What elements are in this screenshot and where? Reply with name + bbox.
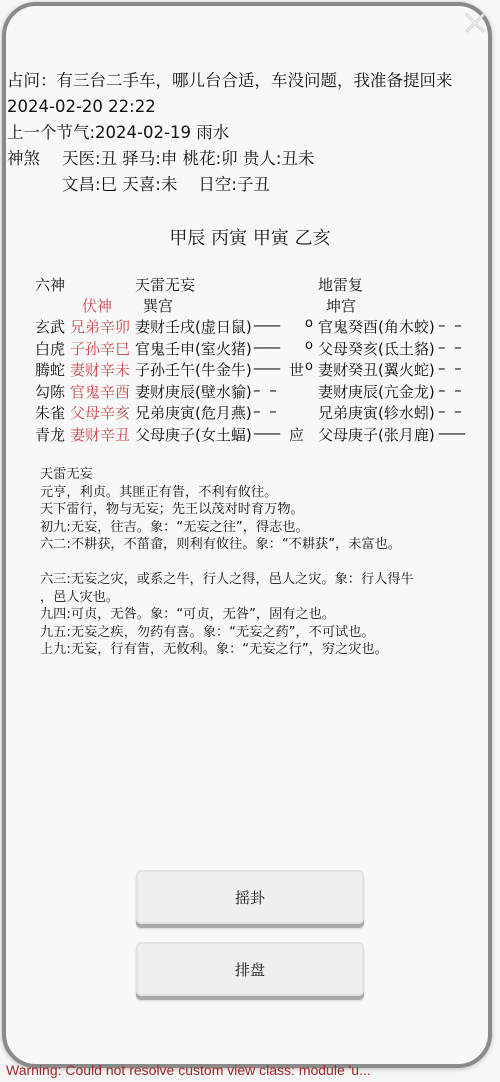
question-label: 占问： — [7, 71, 57, 90]
liushen-cell: 青龙 — [35, 424, 65, 445]
main-line-symbol: – – — [253, 402, 279, 420]
liushen-cell: 朱雀 — [35, 402, 65, 423]
main-line-cell: 妻财壬戌(虚日鼠) — [135, 316, 252, 337]
main-gua-name: 天雷无妄 — [135, 274, 195, 295]
changed-line-symbol: – – — [438, 359, 464, 377]
hexagram-text: 天雷无妄元亨，利贞。其匪正有眚，不利有攸往。天下雷行，物与无妄；先王以茂对时育万… — [40, 466, 480, 659]
main-line-symbol: —— — [253, 316, 279, 334]
text-line: 天下雷行，物与无妄；先王以茂对时育万物。 — [40, 501, 480, 519]
close-button[interactable] — [464, 12, 486, 34]
liushen-cell: 腾蛇 — [35, 359, 65, 380]
liushen-cell: 玄武 — [35, 316, 65, 337]
changed-gua-name: 地雷复 — [318, 274, 363, 295]
question-text: 有三台二手车，哪儿台合适，车没问题，我准备提回来 — [57, 71, 453, 90]
text-line: 初九:无妄，往吉。象：“无妄之往”，得志也。 — [40, 519, 480, 537]
fushen-cell: 兄弟辛卯 — [70, 316, 130, 337]
liushen-header: 六神 — [35, 274, 65, 295]
changed-line-cell: 妻财癸丑(翼火蛇) — [318, 359, 435, 380]
text-line: 上九:无妄，行有眚，无攸利。象：“无妄之行”，穷之灾也。 — [40, 641, 480, 659]
moving-marker: o — [305, 338, 313, 353]
main-palace: 巽宫 — [143, 295, 173, 316]
main-line-cell: 子孙壬午(牛金牛) — [135, 359, 252, 380]
arrange-button[interactable]: 排盘 — [136, 942, 364, 996]
ganzhi-pillars: 甲辰 丙寅 甲寅 乙亥 — [0, 224, 500, 250]
shake-button[interactable]: 摇卦 — [136, 870, 364, 924]
question-line: 占问：有三台二手车，哪儿台合适，车没问题，我准备提回来 — [7, 68, 453, 94]
warning-message: Warning: Could not resolve custom view c… — [6, 1062, 371, 1078]
moving-marker: o — [305, 316, 313, 331]
text-gap — [40, 554, 480, 572]
changed-line-cell: 兄弟庚寅(轸水蚓) — [318, 402, 435, 423]
changed-line-symbol: – – — [438, 402, 464, 420]
fushen-cell: 子孙辛巳 — [70, 338, 130, 359]
changed-line-cell: 官鬼癸酉(角木蛟) — [318, 316, 435, 337]
close-icon — [464, 12, 486, 34]
changed-line-symbol: – – — [438, 316, 464, 334]
shensha-line-1: 神煞天医:丑 驿马:申 桃花:卯 贵人:丑未 — [7, 146, 453, 172]
changed-line-symbol: – – — [438, 381, 464, 399]
shensha-values-1: 天医:丑 驿马:申 桃花:卯 贵人:丑未 — [62, 149, 314, 168]
main-line-cell: 妻财庚辰(壁水貐) — [135, 381, 252, 402]
text-line: 元亨，利贞。其匪正有眚，不利有攸往。 — [40, 484, 480, 502]
main-line-cell: 官鬼壬申(室火猪) — [135, 338, 252, 359]
text-line: ，邑人灾也。 — [40, 589, 480, 607]
text-line: 六二:不耕获，不菑畲，则利有攸往。象：“不耕获”，未富也。 — [40, 536, 480, 554]
shiying-marker: 应 — [289, 424, 304, 445]
header-info: 占问：有三台二手车，哪儿台合适，车没问题，我准备提回来 2024-02-20 2… — [7, 68, 453, 198]
moving-marker: o — [305, 359, 313, 374]
main-line-symbol: – – — [253, 381, 279, 399]
fushen-cell: 官鬼辛酉 — [70, 381, 130, 402]
fushen-cell: 妻财辛丑 — [70, 424, 130, 445]
text-line: 天雷无妄 — [40, 466, 480, 484]
main-line-symbol: —— — [253, 359, 279, 377]
text-line: 九四:可贞，无咎。象：“可贞，无咎”，固有之也。 — [40, 606, 480, 624]
fushen-cell: 妻财辛未 — [70, 359, 130, 380]
liushen-cell: 勾陈 — [35, 381, 65, 402]
shiying-marker: 世 — [289, 359, 304, 380]
changed-line-symbol: – – — [438, 338, 464, 356]
text-line: 九五:无妄之疾，勿药有喜。象：“无妄之药”，不可试也。 — [40, 624, 480, 642]
main-line-symbol: —— — [253, 338, 279, 356]
main-line-cell: 兄弟庚寅(危月燕) — [135, 402, 252, 423]
changed-line-cell: 父母庚子(张月鹿) — [318, 424, 435, 445]
main-line-cell: 父母庚子(女土蝠) — [135, 424, 252, 445]
changed-palace: 坤宫 — [326, 295, 356, 316]
changed-line-cell: 父母癸亥(氐土貉) — [318, 338, 435, 359]
changed-line-symbol: —— — [438, 424, 464, 442]
changed-line-cell: 妻财庚辰(亢金龙) — [318, 381, 435, 402]
main-line-symbol: —— — [253, 424, 279, 442]
liushen-cell: 白虎 — [35, 338, 65, 359]
datetime: 2024-02-20 22:22 — [7, 94, 453, 120]
jieqi: 上一个节气:2024-02-19 雨水 — [7, 120, 453, 146]
fushen-header: 伏神 — [82, 295, 112, 316]
shensha-line-2: 文昌:巳 天喜:未 日空:子丑 — [7, 172, 453, 198]
text-line: 六三:无妄之灾，或系之牛，行人之得，邑人之灾。象：行人得牛 — [40, 571, 480, 589]
shensha-label: 神煞 — [7, 146, 62, 172]
fushen-cell: 父母辛亥 — [70, 402, 130, 423]
